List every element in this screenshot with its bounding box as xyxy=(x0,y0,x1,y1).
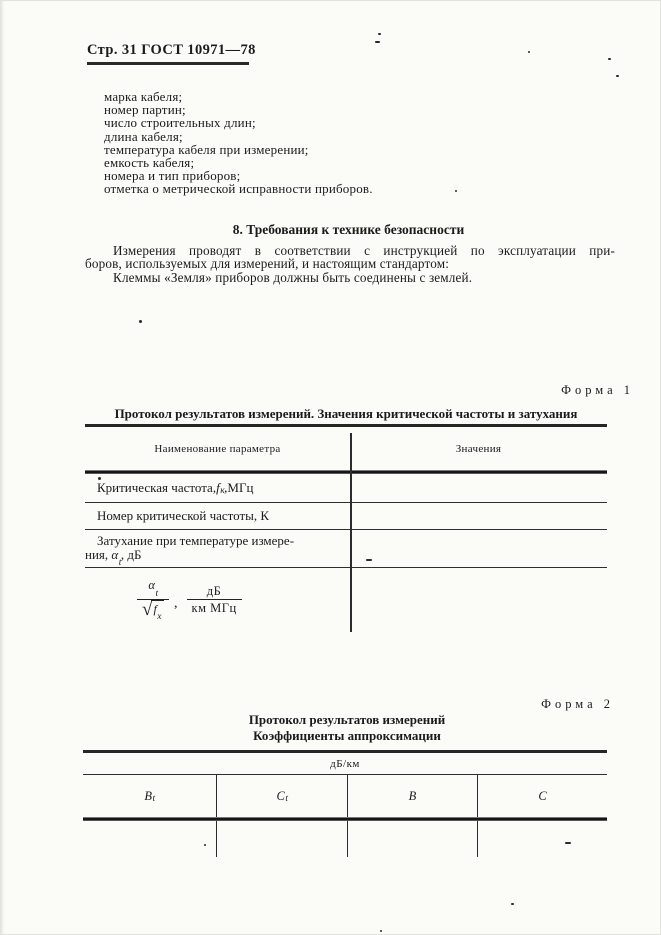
row-text-line2: ния, αt, дБ xyxy=(85,548,607,568)
row-text: , дБ xyxy=(121,547,142,562)
formula-numerator: αt xyxy=(143,579,162,598)
section-heading: 8. Требования к технике безопасности xyxy=(85,222,612,238)
unit-denominator: км МГц xyxy=(187,602,242,615)
symbol-B: B xyxy=(409,789,417,804)
form2-header-row: Bt Ct B C xyxy=(83,775,607,817)
form2-col-B: B xyxy=(348,775,478,817)
fraction-bar xyxy=(187,599,242,600)
form1-row-critical-frequency: Критическая частота, fк,МГц xyxy=(85,474,607,503)
row-text: Номер критической частоты, К xyxy=(97,508,269,524)
page-header: Стр. 31 ГОСТ 10971—78 xyxy=(87,42,256,59)
symbol-C: C xyxy=(538,789,546,804)
subscript: t xyxy=(153,794,156,804)
row-text: ния, xyxy=(85,547,111,562)
radical-body: fх xyxy=(151,600,164,616)
scan-speck xyxy=(139,320,142,323)
list-item: длина кабеля; xyxy=(104,130,373,143)
paragraph-line: боров, используемых для измерений, и нас… xyxy=(85,257,615,270)
paragraph-line: Измерения проводят в соответствии с инст… xyxy=(85,244,615,257)
symbol-B: B xyxy=(144,789,152,804)
form1-formula-row: αt √fх , дБ км МГц xyxy=(85,568,607,632)
form2-empty-row xyxy=(83,821,607,857)
subscript: к xyxy=(220,486,224,496)
form1-col2-header: Значения xyxy=(350,427,607,470)
form1-col1-header: Наименование параметра xyxy=(85,427,350,470)
formula-fraction-alpha: αt √fх xyxy=(137,579,169,621)
scan-speck xyxy=(366,559,372,561)
scan-speck xyxy=(511,903,514,905)
form2-label: Форма 2 xyxy=(85,697,614,712)
form1-column-divider xyxy=(350,433,352,632)
scan-speck xyxy=(204,844,206,846)
scan-speck xyxy=(565,842,571,844)
scan-speck xyxy=(455,190,457,192)
unit-numerator: дБ xyxy=(202,585,227,598)
scan-speck xyxy=(380,930,382,932)
scan-speck xyxy=(378,33,381,35)
form1-row-frequency-number: Номер критической частоты, К xyxy=(85,503,607,530)
formula-comma: , xyxy=(174,596,178,612)
scan-speck xyxy=(616,75,619,77)
page-header-label: Стр. 31 ГОСТ 10971—78 xyxy=(87,42,256,58)
form2-title-line2: Коэффициенты аппроксимации xyxy=(85,728,609,744)
form1-title: Протокол результатов измерений. Значения… xyxy=(85,406,607,424)
symbol-alpha: α xyxy=(111,547,118,562)
subscript: t xyxy=(155,589,158,599)
form2-title-line1: Протокол результатов измерений xyxy=(85,712,609,728)
form2-col-C: C xyxy=(478,775,607,817)
list-item: отметка о метрической исправности прибор… xyxy=(104,182,373,195)
scan-speck xyxy=(608,58,611,60)
paragraph-line: Клеммы «Земля» приборов должны быть соед… xyxy=(85,271,615,284)
row-text: Критическая частота, xyxy=(97,480,216,496)
row-text: Затухание при температуре измере- xyxy=(85,534,607,548)
header-underline xyxy=(87,62,249,65)
form1-table: Протокол результатов измерений. Значения… xyxy=(85,406,607,632)
subscript: х xyxy=(157,612,161,622)
form2-table: дБ/км Bt Ct B C xyxy=(83,750,607,857)
empty-cell xyxy=(348,821,478,857)
form1-row-attenuation: Затухание при температуре измере- ния, α… xyxy=(85,530,607,568)
empty-cell xyxy=(83,821,217,857)
formula-denominator: √fх xyxy=(137,602,169,621)
scan-speck xyxy=(98,477,101,480)
document-page: Стр. 31 ГОСТ 10971—78 марка кабеля; номе… xyxy=(0,0,661,935)
form2-title: Протокол результатов измерений Коэффицие… xyxy=(85,712,609,743)
subscript: t xyxy=(119,558,122,568)
symbol-f: f xyxy=(216,480,220,496)
empty-cell xyxy=(217,821,348,857)
list-item: число строительных длин; xyxy=(104,116,373,129)
form1-label: Форма 1 xyxy=(85,383,634,398)
form1-header-row: Наименование параметра Значения xyxy=(85,427,607,470)
scan-speck xyxy=(528,51,530,53)
form2-span-header: дБ/км xyxy=(83,753,607,775)
formula-fraction-units: дБ км МГц xyxy=(187,585,242,615)
section-body: Измерения проводят в соответствии с инст… xyxy=(85,244,615,284)
subscript: t xyxy=(285,794,288,804)
symbol-C: C xyxy=(277,789,285,804)
row-text: ,МГц xyxy=(224,480,253,496)
form2-col-Ct: Ct xyxy=(217,775,348,817)
empty-cell xyxy=(478,821,607,857)
form2-col-Bt: Bt xyxy=(83,775,217,817)
radical-sign: √ xyxy=(142,599,152,620)
symbol-alpha: α xyxy=(148,578,155,592)
scan-speck xyxy=(375,41,380,43)
cable-record-list: марка кабеля; номер партин; число строит… xyxy=(104,90,373,196)
